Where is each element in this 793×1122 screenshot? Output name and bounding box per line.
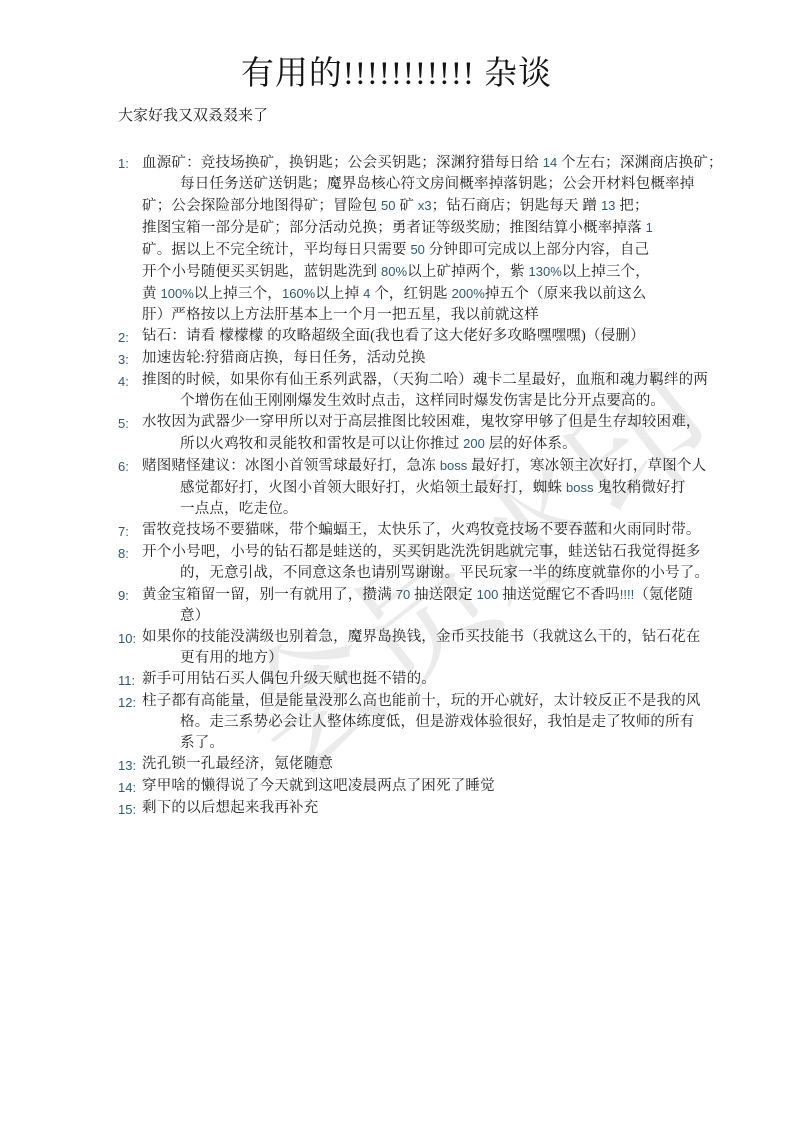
item-line: 柱子都有高能量，但是能量没那么高也能前十，玩的开心就好，太计较反正不是我的风	[142, 691, 681, 712]
document-content: 有用的!!!!!!!!!!! 杂谈 大家好我又双叒叕来了 1:血源矿：竞技场换矿…	[0, 0, 793, 820]
item-lines: 穿甲啥的懒得说了今天就到这吧凌晨两点了困死了睡觉	[142, 776, 681, 797]
list-item: 9:黄金宝箱留一留，别一有就用了，攒满 70 抽送限定 100 抽送觉醒它不香吗…	[118, 584, 681, 627]
list-item: 7:雷牧竞技场不要猫咪，带个蝙蝠王，太快乐了，火鸡牧竞技场不要吞蓝和火雨同时带。	[118, 520, 681, 542]
list-item: 4:推图的时候，如果你有仙王系列武器，（天狗二哈）魂卡二星最好，血瓶和魂力羁绊的…	[118, 370, 681, 412]
item-number: 11:	[118, 669, 142, 691]
item-line: 黄 100%以上掉三个，160%以上掉 4 个，红钥匙 200%掉五个（原来我以…	[142, 283, 681, 305]
item-number: 12:	[118, 691, 142, 713]
item-line: 剩下的以后想起来我再补充	[142, 798, 681, 819]
item-line: 赌图赌怪建议：冰图小首领雪球最好打，急冻 boss 最好打，寒冰领主次好打，草图…	[142, 455, 681, 477]
item-line: 系了。	[142, 733, 681, 754]
item-lines: 开个小号吧，小号的钻石都是蛙送的，买买钥匙洗洗钥匙就完事，蛙送钻石我觉得挺多的，…	[142, 542, 681, 584]
list-item: 14:穿甲啥的懒得说了今天就到这吧凌晨两点了困死了睡觉	[118, 776, 681, 798]
item-number: 9:	[118, 584, 142, 606]
item-line: 一点点，吃走位。	[142, 499, 681, 520]
document-title: 有用的!!!!!!!!!!! 杂谈	[0, 0, 793, 96]
item-number: 4:	[118, 370, 142, 392]
list-item: 3:加速齿轮:狩猎商店换，每日任务，活动兑换	[118, 348, 681, 370]
item-lines: 推图的时候，如果你有仙王系列武器，（天狗二哈）魂卡二星最好，血瓶和魂力羁绊的两个…	[142, 370, 681, 412]
list-item: 10:如果你的技能没满级也别着急，魔界岛换钱，金币买技能书（我就这么干的，钻石花…	[118, 627, 681, 669]
item-number: 6:	[118, 455, 142, 477]
item-lines: 剩下的以后想起来我再补充	[142, 798, 681, 819]
item-line: 的，无意引战，不同意这条也请别骂谢谢。平民玩家一半的练度就靠你的小号了。	[142, 563, 681, 584]
item-number: 13:	[118, 754, 142, 776]
item-line: 意）	[142, 606, 681, 627]
item-line: 新手可用钻石买人偶包升级天赋也挺不错的。	[142, 669, 681, 690]
list-item: 12:柱子都有高能量，但是能量没那么高也能前十，玩的开心就好，太计较反正不是我的…	[118, 691, 681, 754]
item-number: 3:	[118, 348, 142, 370]
item-line: 所以火鸡牧和灵能牧和雷牧是可以让你推过 200 层的好体系。	[142, 433, 681, 455]
item-number: 5:	[118, 412, 142, 434]
item-lines: 加速齿轮:狩猎商店换，每日任务，活动兑换	[142, 348, 681, 369]
item-lines: 柱子都有高能量，但是能量没那么高也能前十，玩的开心就好，太计较反正不是我的风格。…	[142, 691, 681, 754]
list-item: 11:新手可用钻石买人偶包升级天赋也挺不错的。	[118, 669, 681, 691]
item-line: 推图宝箱一部分是矿；部分活动兑换；勇者证等级奖励；推图结算小概率掉落 1	[142, 217, 681, 239]
item-number: 10:	[118, 627, 142, 649]
item-number: 2:	[118, 326, 142, 348]
item-lines: 水牧因为武器少一穿甲所以对于高层推图比较困难，鬼牧穿甲够了但是生存却较困难，所以…	[142, 412, 681, 455]
list-item: 5:水牧因为武器少一穿甲所以对于高层推图比较困难，鬼牧穿甲够了但是生存却较困难，…	[118, 412, 681, 455]
list-item: 1:血源矿：竞技场换矿，换钥匙；公会买钥匙；深渊狩猎每日给 14 个左右；深渊商…	[118, 152, 681, 326]
item-line: 加速齿轮:狩猎商店换，每日任务，活动兑换	[142, 348, 681, 369]
item-lines: 赌图赌怪建议：冰图小首领雪球最好打，急冻 boss 最好打，寒冰领主次好打，草图…	[142, 455, 681, 520]
item-line: 黄金宝箱留一留，别一有就用了，攒满 70 抽送限定 100 抽送觉醒它不香吗!!…	[142, 584, 681, 606]
item-line: 钻石：请看 檬檬檬 的攻略超级全面(我也看了这大佬好多攻略嘿嘿嘿)（侵删）	[142, 326, 681, 347]
item-line: 矿；公会探险部分地图得矿；冒险包 50 矿 x3；钻石商店；钥匙每天 蹭 13 …	[142, 195, 681, 217]
item-list: 1:血源矿：竞技场换矿，换钥匙；公会买钥匙；深渊狩猎每日给 14 个左右；深渊商…	[118, 152, 681, 820]
item-line: 格。走三系势必会让人整体练度低，但是游戏体验很好，我怕是走了牧师的所有	[142, 712, 681, 733]
item-line: 开个小号吧，小号的钻石都是蛙送的，买买钥匙洗洗钥匙就完事，蛙送钻石我觉得挺多	[142, 542, 681, 563]
item-lines: 如果你的技能没满级也别着急，魔界岛换钱，金币买技能书（我就这么干的，钻石花在更有…	[142, 627, 681, 669]
item-line: 如果你的技能没满级也别着急，魔界岛换钱，金币买技能书（我就这么干的，钻石花在	[142, 627, 681, 648]
item-number: 14:	[118, 776, 142, 798]
item-lines: 血源矿：竞技场换矿，换钥匙；公会买钥匙；深渊狩猎每日给 14 个左右；深渊商店换…	[142, 152, 681, 326]
item-lines: 雷牧竞技场不要猫咪，带个蝙蝠王，太快乐了，火鸡牧竞技场不要吞蓝和火雨同时带。	[142, 520, 681, 541]
list-item: 15:剩下的以后想起来我再补充	[118, 798, 681, 820]
item-line: 雷牧竞技场不要猫咪，带个蝙蝠王，太快乐了，火鸡牧竞技场不要吞蓝和火雨同时带。	[142, 520, 681, 541]
item-line: 每日任务送矿送钥匙；魔界岛核心符文房间概率掉落钥匙；公会开材料包概率掉	[142, 174, 681, 195]
item-lines: 黄金宝箱留一留，别一有就用了，攒满 70 抽送限定 100 抽送觉醒它不香吗!!…	[142, 584, 681, 627]
item-lines: 洗孔锁一孔最经济，氪佬随意	[142, 754, 681, 775]
item-number: 8:	[118, 542, 142, 564]
item-line: 感觉都好打，火图小首领大眼好打，火焰领土最好打，蜘蛛 boss 鬼牧稍微好打	[142, 477, 681, 499]
item-number: 15:	[118, 798, 142, 820]
item-line: 推图的时候，如果你有仙王系列武器，（天狗二哈）魂卡二星最好，血瓶和魂力羁绊的两	[142, 370, 681, 391]
item-number: 1:	[118, 152, 142, 174]
document-page: 会员水印 有用的!!!!!!!!!!! 杂谈 大家好我又双叒叕来了 1:血源矿：…	[0, 0, 793, 1122]
item-line: 水牧因为武器少一穿甲所以对于高层推图比较困难，鬼牧穿甲够了但是生存却较困难，	[142, 412, 681, 433]
list-item: 6:赌图赌怪建议：冰图小首领雪球最好打，急冻 boss 最好打，寒冰领主次好打，…	[118, 455, 681, 520]
item-line: 开个小号随便买买钥匙，蓝钥匙洗到 80%以上矿掉两个，紫 130%以上掉三个，	[142, 261, 681, 283]
item-line: 洗孔锁一孔最经济，氪佬随意	[142, 754, 681, 775]
list-item: 2:钻石：请看 檬檬檬 的攻略超级全面(我也看了这大佬好多攻略嘿嘿嘿)（侵删）	[118, 326, 681, 348]
greeting-line: 大家好我又双叒叕来了	[118, 106, 675, 126]
item-lines: 新手可用钻石买人偶包升级天赋也挺不错的。	[142, 669, 681, 690]
item-number: 7:	[118, 520, 142, 542]
item-lines: 钻石：请看 檬檬檬 的攻略超级全面(我也看了这大佬好多攻略嘿嘿嘿)（侵删）	[142, 326, 681, 347]
item-line: 血源矿：竞技场换矿，换钥匙；公会买钥匙；深渊狩猎每日给 14 个左右；深渊商店换…	[142, 152, 681, 174]
item-line: 矿。据以上不完全统计，平均每日只需要 50 分钟即可完成以上部分内容，自己	[142, 239, 681, 261]
item-line: 个增伤在仙王刚刚爆发生效时点击，这样同时爆发伤害是比分开点要高的。	[142, 391, 681, 412]
item-line: 肝）严格按以上方法肝基本上一个月一把五星，我以前就这样	[142, 305, 681, 326]
list-item: 13:洗孔锁一孔最经济，氪佬随意	[118, 754, 681, 776]
item-line: 更有用的地方）	[142, 648, 681, 669]
list-item: 8:开个小号吧，小号的钻石都是蛙送的，买买钥匙洗洗钥匙就完事，蛙送钻石我觉得挺多…	[118, 542, 681, 584]
item-line: 穿甲啥的懒得说了今天就到这吧凌晨两点了困死了睡觉	[142, 776, 681, 797]
